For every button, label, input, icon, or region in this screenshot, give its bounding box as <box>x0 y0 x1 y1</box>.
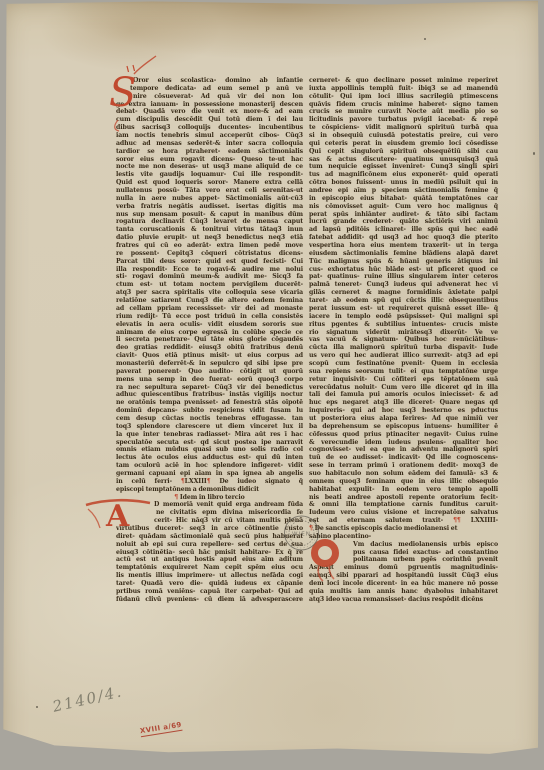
svg-text:A: A <box>105 499 130 530</box>
text-line: licitudinis pavore turbatus pvigil iaceb… <box>309 116 498 124</box>
text-line: tum nequicie egisset inveniret- Cunq3 si… <box>309 163 498 171</box>
illuminated-initial-s: S <box>104 54 164 132</box>
text-line: diret- quādam sāctimonialē quā secū pius… <box>116 533 303 541</box>
text-line: fratres qui cū eo aderāt- extra limen pe… <box>116 242 303 250</box>
text-line: pat- quatinus- ruine illius singularem i… <box>309 273 498 281</box>
text-line: elevatis in aera oculis- vidit eiusdem s… <box>116 321 303 329</box>
text-line: la que inter tenebras radiasset- Mira aū… <box>116 431 303 439</box>
text-line: taret- Quadā vero die- quidā iudeus ex c… <box>116 580 303 588</box>
text-line: perat spūs inhiānter audiret- & tāto sib… <box>309 211 498 219</box>
text-line: cognovisset- vel ea que in adventu malig… <box>309 446 498 454</box>
text-line: atq3 per sacra spiritalis vite colloquia… <box>116 289 303 297</box>
svg-text:S: S <box>109 70 136 116</box>
text-line: sas & actus discutere- quatinus unusquis… <box>309 156 498 164</box>
text-line: palmā teneret- Cunq3 iudeus qui advenera… <box>309 281 498 289</box>
text-line: ut posteriora eius alapa ferires- Ad que… <box>309 415 498 423</box>
text-line: ra nec sepultura separet- Cūq3 vir dei b… <box>116 384 303 392</box>
text-line: & verecundie idem iudeus psulens- qualit… <box>309 439 498 447</box>
text-line: iam noctis tenebris simul acceperūt cibo… <box>116 132 303 140</box>
text-line: nus sup mensam posuit- & caput in manibu… <box>116 211 303 219</box>
text-line: animam de eius corpe egressā in colūbe s… <box>116 329 303 337</box>
text-line: Qui cepit singulorū spirituū obsequētiū … <box>309 148 498 156</box>
text-line: omnem quoq3 feminam que in eius illic ob… <box>309 478 498 486</box>
text-column-right: cerneret- & quo declinare posset minime … <box>309 77 498 604</box>
text-line: suo habitaculo non solum eādem dei famul… <box>309 470 498 478</box>
text-line: lis mentis illius imprimere- ut allectus… <box>116 572 303 580</box>
text-line: lectus āte oculos eius adductus est- qui… <box>116 454 303 462</box>
text-line: huc eps negaret atq3 ille diceret- Quare… <box>309 399 498 407</box>
text-line: adhuc quiescentibus fratribus- instās vi… <box>116 391 303 399</box>
text-line: prtibus romā veniēns- capuā iter carpeba… <box>116 588 303 596</box>
text-line: nis cōmovisset aguit- Cum vero hoc malig… <box>309 203 498 211</box>
text-line: ritus pgentes & subtilius intuentes- cru… <box>309 321 498 329</box>
text-line: Iudeum vero cuius visione et increpatōne… <box>309 509 498 517</box>
text-line: si in obsequiū cuiusdā potestatis preire… <box>309 132 498 140</box>
text-line: Quid est quod loqueris soror- Manere ext… <box>116 179 303 187</box>
text-line: soror eius eum rogavit dicens- Queso te-… <box>116 156 303 164</box>
text-line: toq3 splendore clarescere ut diem vincer… <box>116 423 303 431</box>
text-line: verecūdatus noluit- Cum vero ille dicere… <box>309 384 498 392</box>
text-line: in celū ferri- ¶LXXIII¶ De iudeo signato… <box>116 478 303 486</box>
text-line: sua repiens seorsum tulit- ei qua tempta… <box>309 368 498 376</box>
text-line: tardior se hora ptraheret- eadem sāctimo… <box>116 148 303 156</box>
text-line: scopū cum festinatōne pvenit- Quem in ec… <box>309 360 498 368</box>
text-line: relatiōne satiarent Cunq3 die altero ead… <box>116 297 303 305</box>
text-line: episcopi temptatōnem a demonibus didicit <box>116 486 303 494</box>
text-line: habitabat expulit- In eodem vero templo … <box>309 486 498 494</box>
text-line: iuxta appollinis templū fuit- ibiq3 se a… <box>309 85 498 93</box>
text-line: mens una semp in deo fuerat- eorū quoq3 … <box>116 376 303 384</box>
text-line: atq3 ideo vacua remansisset- dacius resp… <box>309 596 498 604</box>
text-line: quia multis iam annis hanc dyabolus inha… <box>309 588 498 596</box>
paper-speck <box>533 152 535 155</box>
scan-background: Oror eius scolastica- domino ab infantie… <box>0 0 544 770</box>
text-line: Parcat tibi deus soror: quid est quod fe… <box>116 258 303 266</box>
text-line: adhuc ad mensas sederēt-& inter sacra co… <box>116 140 303 148</box>
text-line: cōtulit- Qui ipm loci illius sacrilegiū … <box>309 93 498 101</box>
text-line: tuū de eo audisset- indicavit- Qd ille c… <box>309 454 498 462</box>
text-line: tam oculorū aciē in hoc splendore infige… <box>116 462 303 470</box>
text-line: speculatōe secuta est- qd sicut postea i… <box>116 439 303 447</box>
text-line: paverat ponerent- Quo audito- cōtigit ut… <box>116 368 303 376</box>
text-line: lucrū grande crederet- quāto sāctiōris v… <box>309 218 498 226</box>
text-line: datio pluvie erupit- ut neq3 benedictus … <box>116 234 303 242</box>
text-line: cōfessus quod prius ptinaciter negavit- … <box>309 431 498 439</box>
text-line: te cōspiciens- vidit malignorū spirituū … <box>309 124 498 132</box>
text-line: retur inquisivit- Cui cōfiteri eps tēpta… <box>309 376 498 384</box>
text-line: & omni illa temptatione carnis funditus … <box>309 501 498 509</box>
text-line: Tūc malignus spūs & hūani generis ātiquu… <box>309 258 498 266</box>
text-line: iacere in templo eodē psūpsisset- Qui ma… <box>309 313 498 321</box>
paper-speck <box>424 38 426 40</box>
text-line: nocte me non deseras- ut usq3 mane aliqu… <box>116 163 303 171</box>
text-line: rium redijt- Tū ecce post triduū in cell… <box>116 313 303 321</box>
text-line: fūdanū clivū pveniens- cū diem iā advesp… <box>116 596 303 604</box>
text-line: est ad eternam salutem traxit- ¶¶ LXXIII… <box>309 517 498 525</box>
text-line: nulla in aere nubes appet- Sāctimonialis… <box>116 195 303 203</box>
text-line: germani capuani epi aīam in spa ignea ab… <box>116 470 303 478</box>
text-line: rio signatum viderūt mirātesq3 dixerūt- … <box>309 329 498 337</box>
text-line: ad lapsū pditōis iclinaret- ille spūs qu… <box>309 226 498 234</box>
text-line: ciavit- Quos etiā ptinus misit- ut eius … <box>116 352 303 360</box>
text-line: ne oratōnis tempa pvenisset- ad fenestrā… <box>116 399 303 407</box>
text-line: dominū depcans- subito respiciens vidit … <box>116 407 303 415</box>
text-line: taret- ab eodem spū qui cūctis illic obs… <box>309 297 498 305</box>
text-line: cus- exhortatus hūc blāde est- ut pficer… <box>309 266 498 274</box>
text-line: cōtra bonos fuissent- unus in mediū psil… <box>309 179 498 187</box>
library-stamp: WIEN <box>283 514 320 552</box>
text-line: tus ad magnificōnem eius exponerēt- quid… <box>309 171 498 179</box>
text-line: crucis se munire curavit Nocte aūt media… <box>309 108 498 116</box>
text-line: gilās cerneret & magne formidinis āxieta… <box>309 289 498 297</box>
text-line: fatebat addidit- qd usq3 ad hoc quoq3 di… <box>309 234 498 242</box>
text-line: vas vacuū & signatum- Quibus hoc renūciā… <box>309 336 498 344</box>
text-line: sti- rogavi dominū meum-& audivit me- Si… <box>116 273 303 281</box>
text-line: quāvis fidem crucis minime haberet- sign… <box>309 101 498 109</box>
text-line: nis beati andree apostoli repente orator… <box>309 494 498 502</box>
text-line: ba deprehensum se episcopus intuens- hum… <box>309 423 498 431</box>
text-line: noluit ab epi sui cura repellere- sed ce… <box>116 541 303 549</box>
text-line: ¶ De sanctis episcopis dacio mediolanens… <box>309 525 498 533</box>
text-line: ad cellam ppriam recessisset- vir dei ad… <box>116 305 303 313</box>
text-line: cem desup cūctas noctis tenebras effugas… <box>116 415 303 423</box>
text-line: vespertina hora eius mentem traxerit- ut… <box>309 242 498 250</box>
text-line: ctum est- ut totam noctem pervigilem duc… <box>116 281 303 289</box>
text-line: re possent- Cepitq3 cōqueri cōtristatus … <box>116 250 303 258</box>
stamp-text: WIEN <box>292 532 311 538</box>
text-line: in episcopio eius bitabat- quātā temptat… <box>309 195 498 203</box>
text-line: cerneret- & quo declinare posset minime … <box>309 77 498 85</box>
text-line: rogatura declinavit Cūq3 levaret de mens… <box>116 218 303 226</box>
paper-speck <box>36 706 38 708</box>
text-line: andree epi aīm p speciem sāctimonialis f… <box>309 187 498 195</box>
text-line: deo gratias reddidit- eiusq3 obitū fratr… <box>116 344 303 352</box>
text-line: monasteriū deferrēt-& in sepulcro qd sib… <box>116 360 303 368</box>
text-line: inquireris- qui ad hoc usq3 hesterno es … <box>309 407 498 415</box>
text-line: nullatenus possū- Tāta vero erat celi se… <box>116 187 303 195</box>
text-line: perat iussum est- ut requireret quisnā e… <box>309 305 498 313</box>
text-line: eiusdem sāctimonialis femine blādiens al… <box>309 250 498 258</box>
text-line: eiusq3 cōtinētia- secū hāc pmisit habita… <box>116 549 303 557</box>
text-line: temptatōnis exquireret Nam cepit spēm ei… <box>116 564 303 572</box>
text-line: lestis vite gaudijs loquamur- Cui ille r… <box>116 171 303 179</box>
text-line: tali dei famula pui amoris oculos inieci… <box>309 391 498 399</box>
text-line: cūcta illa malignorū spirituū turba disp… <box>309 344 498 352</box>
text-line: actū est ut antiqus hostis apud eius aīm… <box>116 556 303 564</box>
text-line: omnis etiam mūdus quasi sub uno solis ra… <box>116 446 303 454</box>
text-line: li secreta penetrare- Qui tāte eius glor… <box>116 336 303 344</box>
text-line: verba fratris negātis audisset. isertas … <box>116 203 303 211</box>
text-line: illa respondit- Ecce te rogavi-& audire … <box>116 266 303 274</box>
text-line: tanta coruscationis & tonitrui virtus tā… <box>116 226 303 234</box>
text-line: us vero qui hec audierat illico surrexit… <box>309 352 498 360</box>
text-line: qui ceteris perat in eiusdem gremio loci… <box>309 140 498 148</box>
illuminated-initial-a: A <box>84 496 154 530</box>
text-line: sese in terram primū ī orationem dedit- … <box>309 462 498 470</box>
